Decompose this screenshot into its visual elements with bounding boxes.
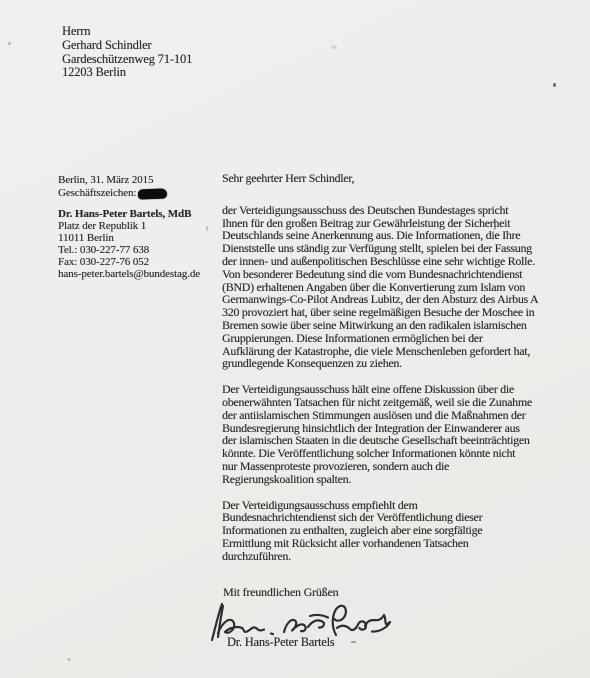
paragraph-2: Der Verteidigungsausschuss hält eine off…: [222, 383, 588, 485]
date-reference-block: Berlin, 31. März 2015 Geschäftszeichen:: [58, 174, 167, 200]
sender-contact-block: Dr. Hans-Peter Bartels, MdB Platz der Re…: [58, 208, 200, 281]
scan-speck: [553, 83, 556, 87]
scan-speck: [206, 226, 208, 231]
date-line: Berlin, 31. März 2015: [58, 174, 167, 187]
closing-salutation: Mit freundlichen Grüßen: [223, 585, 338, 600]
recipient-line-city: 12203 Berlin: [62, 66, 192, 80]
sender-fax: Fax: 030-227-76 052: [58, 256, 200, 268]
signature-name: Dr. Hans-Peter Bartels: [227, 635, 334, 650]
sender-phone: Tel.: 030-227-77 638: [58, 244, 200, 256]
sender-street: Platz der Republik 1: [58, 220, 200, 232]
redaction-bar-icon: [138, 188, 167, 199]
paragraph-3: Der Verteidigungsausschuss empfiehlt dem…: [222, 499, 588, 563]
recipient-line-name: Gerhard Schindler: [62, 39, 192, 53]
paragraph-1: der Verteidigungsausschuss des Deutschen…: [222, 204, 588, 370]
scan-speck: [331, 45, 337, 49]
reference-line: Geschäftszeichen:: [58, 187, 167, 200]
salutation: Sehr geehrter Herr Schindler,: [222, 172, 588, 185]
sender-email: hans-peter.bartels@bundestag.de: [58, 268, 200, 280]
recipient-line-salutation: Herrn: [62, 25, 192, 39]
scan-speck: [8, 42, 11, 45]
scanned-letter-page: Herrn Gerhard Schindler Gardeschützenweg…: [0, 0, 590, 678]
reference-label: Geschäftszeichen:: [58, 187, 136, 200]
recipient-line-street: Gardeschützenweg 71-101: [62, 53, 192, 67]
letter-body: Sehr geehrter Herr Schindler, der Vertei…: [222, 172, 588, 576]
scan-speck: [67, 658, 71, 661]
sender-city: 11011 Berlin: [58, 232, 200, 244]
recipient-address-block: Herrn Gerhard Schindler Gardeschützenweg…: [62, 25, 192, 80]
sender-name: Dr. Hans-Peter Bartels, MdB: [58, 208, 200, 220]
